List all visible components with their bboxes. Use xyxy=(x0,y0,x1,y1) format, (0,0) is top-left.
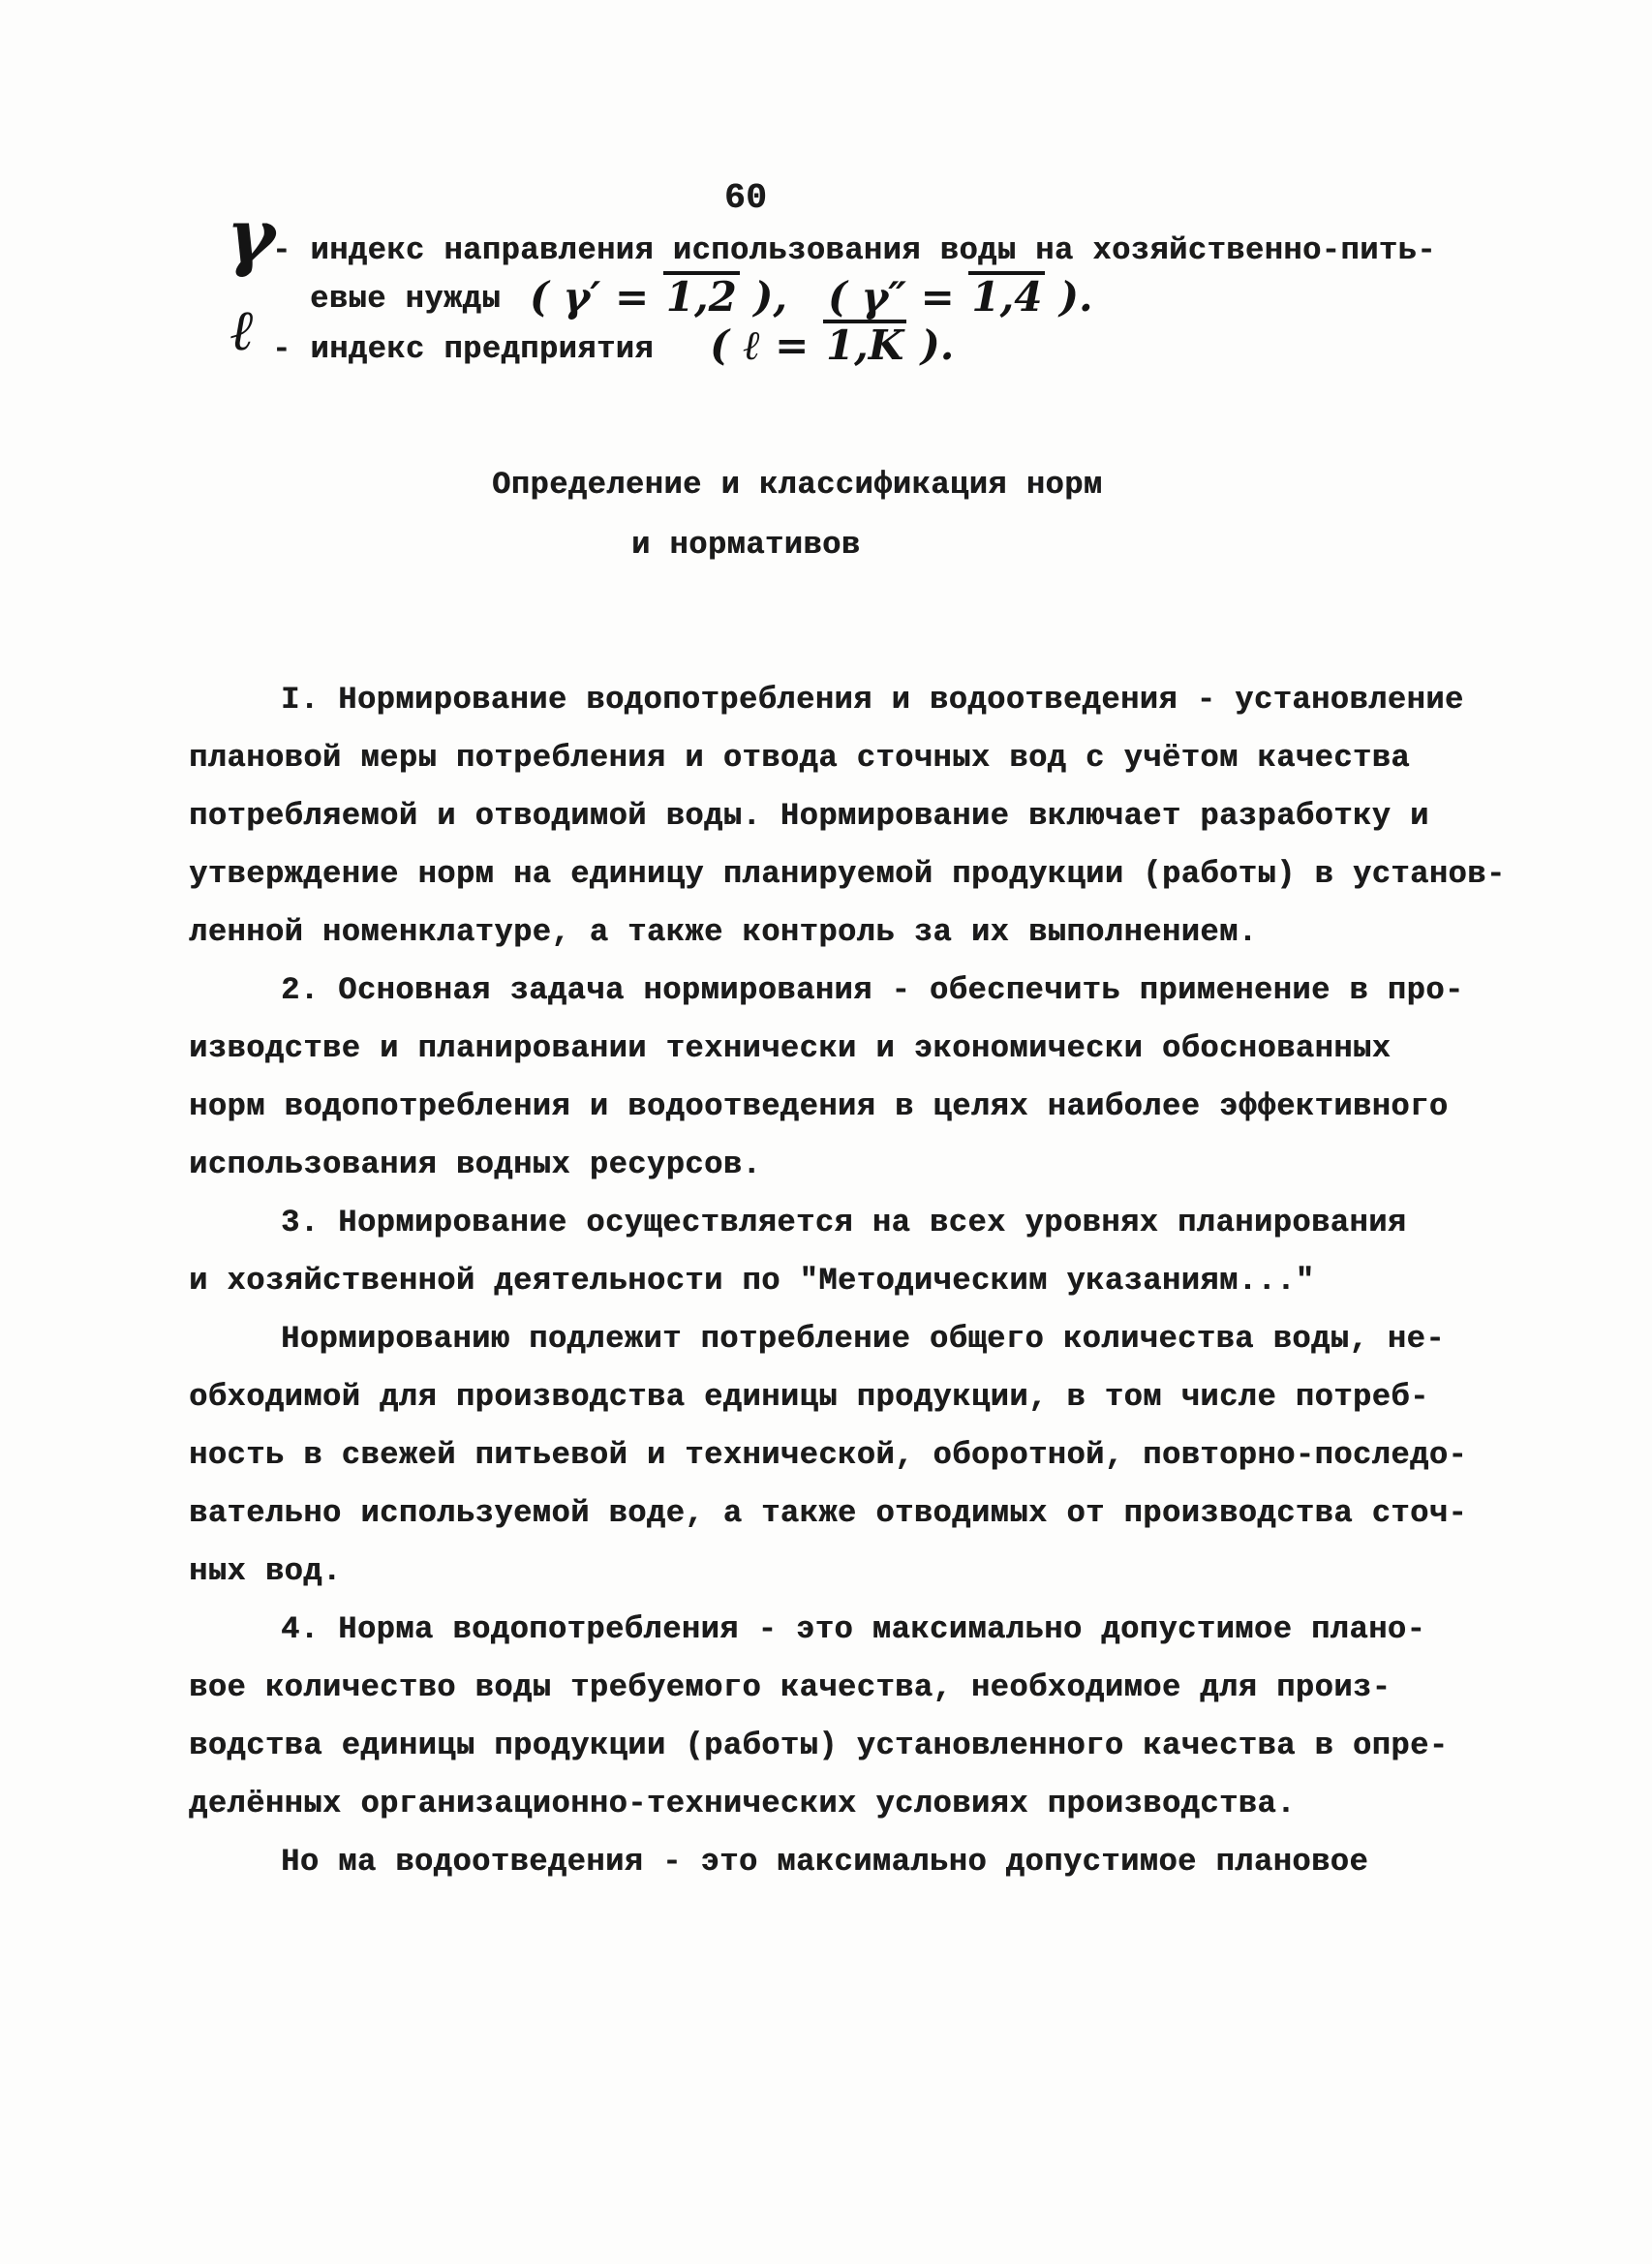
body-text-line: 4. Норма водопотребления - это максималь… xyxy=(189,1609,1564,1667)
body-text-line: вательно используемой воде, а также отво… xyxy=(189,1493,1564,1551)
section-heading-line2: и нормативов xyxy=(631,527,860,563)
formula-range: 1,4 xyxy=(968,271,1045,318)
formula-range: 1,2 xyxy=(663,271,740,318)
formula-range: 1,K xyxy=(823,320,906,366)
document-page: 60 γ - индекс направления использования … xyxy=(0,0,1652,2264)
formula-open: ( γ″ = xyxy=(828,273,968,321)
gamma-definition-line1: - индекс направления использования воды … xyxy=(272,232,1436,268)
body-text-line: Но ма водоотведения - это максимально до… xyxy=(189,1842,1564,1900)
gamma-definition-label: евые нужды xyxy=(310,273,501,317)
body-text-line: обходимой для производства единицы проду… xyxy=(189,1377,1564,1435)
gamma-range-formula-1: ( γ′ = 1,2 ), xyxy=(530,271,787,318)
ell-symbol: ℓ xyxy=(230,302,255,358)
formula-open: ( ℓ = xyxy=(710,321,823,369)
section-heading-line1: Определение и классификация норм xyxy=(492,467,1103,503)
body-text-line: 2. Основная задача нормирования - обеспе… xyxy=(189,970,1564,1028)
body-text-line: Нормированию подлежит потребление общего… xyxy=(189,1319,1564,1377)
formula-close: ). xyxy=(906,321,954,369)
gamma-range-formula-2: ( γ″ = 1,4 ). xyxy=(828,271,1093,318)
body-text-line: использования водных ресурсов. xyxy=(189,1145,1564,1203)
body-text-line: утверждение норм на единицу планируемой … xyxy=(189,854,1564,912)
formula-close: ). xyxy=(1045,273,1092,321)
ell-definition-line: - индекс предприятия ( ℓ = 1,K ). xyxy=(272,321,954,368)
gamma-symbol: γ xyxy=(227,199,275,273)
body-text-line: плановой меры потребления и отвода сточн… xyxy=(189,738,1564,796)
body-text-line: ность в свежей питьевой и технической, о… xyxy=(189,1435,1564,1493)
body-text-line: изводстве и планировании технически и эк… xyxy=(189,1028,1564,1086)
ell-definition-label: - индекс предприятия xyxy=(272,321,654,367)
page-number: 60 xyxy=(724,178,767,218)
ell-range-formula: ( ℓ = 1,K ). xyxy=(710,320,954,366)
body-text: I. Нормирование водопотребления и водоот… xyxy=(189,680,1564,1900)
body-text-line: ных вод. xyxy=(189,1551,1564,1609)
body-text-line: вое количество воды требуемого качества,… xyxy=(189,1667,1564,1726)
formula-close: ), xyxy=(740,273,787,321)
body-text-line: водства единицы продукции (работы) устан… xyxy=(189,1726,1564,1784)
body-text-line: I. Нормирование водопотребления и водоот… xyxy=(189,680,1564,738)
body-text-line: потребляемой и отводимой воды. Нормирова… xyxy=(189,796,1564,854)
body-text-line: норм водопотребления и водоотведения в ц… xyxy=(189,1086,1564,1145)
body-text-line: делённых организационно-технических усло… xyxy=(189,1784,1564,1842)
formula-open: ( γ′ = xyxy=(530,273,663,321)
body-text-line: и хозяйственной деятельности по "Методич… xyxy=(189,1261,1564,1319)
body-text-line: ленной номенклатуре, а также контроль за… xyxy=(189,912,1564,970)
body-text-line: 3. Нормирование осуществляется на всех у… xyxy=(189,1203,1564,1261)
